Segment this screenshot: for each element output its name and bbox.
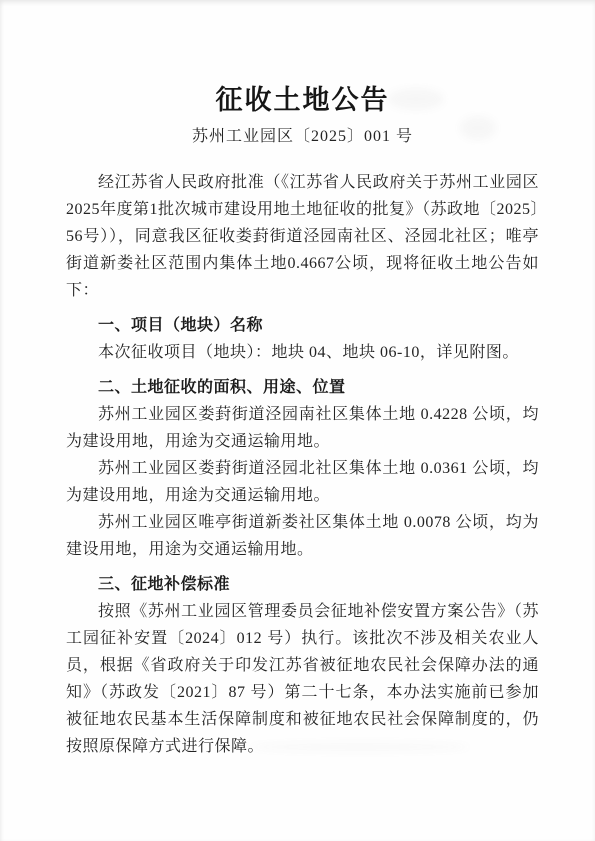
section-2-paragraph-1: 苏州工业园区娄葑街道泾园南社区集体土地 0.4228 公顷，均为建设用地，用途为… <box>66 401 539 455</box>
section-3-paragraph: 按照《苏州工业园区管理委员会征地补偿安置方案公告》（苏工园征补安置〔2024〕0… <box>66 598 539 760</box>
scanned-document-page: 征收土地公告 苏州工业园区〔2025〕001 号 经江苏省人民政府批准（《江苏省… <box>0 0 595 841</box>
intro-paragraph: 经江苏省人民政府批准（《江苏省人民政府关于苏州工业园区2025年度第1批次城市建… <box>66 169 539 304</box>
section-1-heading: 一、项目（地块）名称 <box>66 312 539 339</box>
section-1-paragraph: 本次征收项目（地块）：地块 04、地块 06-10，详见附图。 <box>66 339 539 366</box>
document-number: 苏州工业园区〔2025〕001 号 <box>66 127 539 147</box>
section-3-heading: 三、征地补偿标准 <box>66 571 539 598</box>
document-title: 征收土地公告 <box>66 84 539 116</box>
section-2-paragraph-3: 苏州工业园区唯亭街道新娄社区集体土地 0.0078 公顷，均为建设用地，用途为交… <box>66 509 539 563</box>
document-body: 经江苏省人民政府批准（《江苏省人民政府关于苏州工业园区2025年度第1批次城市建… <box>66 169 539 760</box>
section-2-paragraph-2: 苏州工业园区娄葑街道泾园北社区集体土地 0.0361 公顷，均为建设用地，用途为… <box>66 455 539 509</box>
section-2-heading: 二、土地征收的面积、用途、位置 <box>66 374 539 401</box>
